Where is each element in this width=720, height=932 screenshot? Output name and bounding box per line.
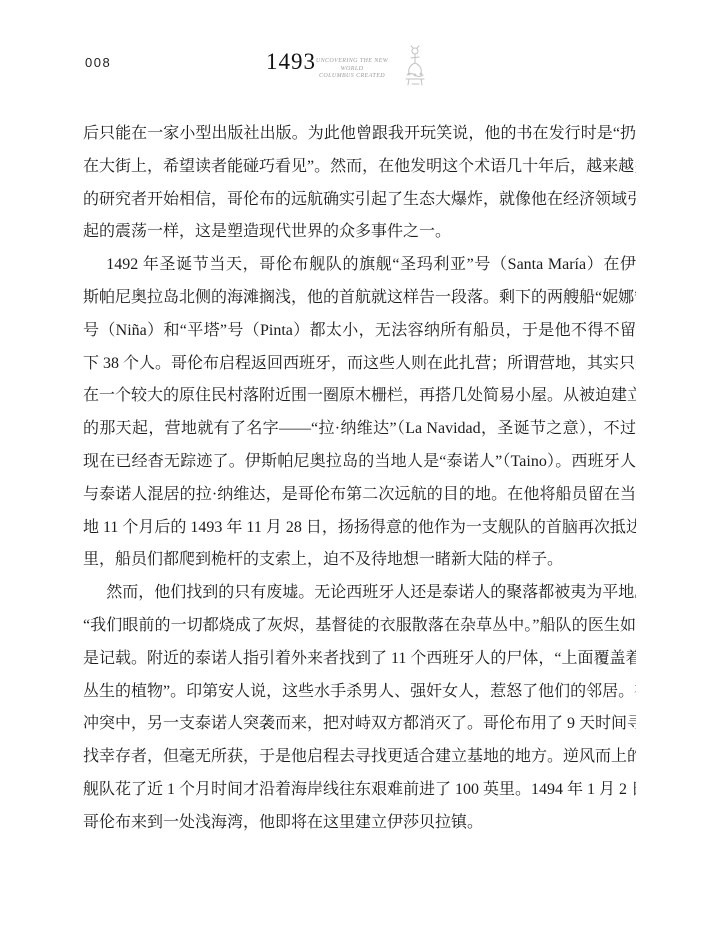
text-line: 在一个较大的原住民村落附近围一圈原木栅栏，再搭几处简易小屋。从被迫建立 — [83, 380, 636, 413]
text-line: 里，船员们都爬到桅杆的支索上，迫不及待地想一睹新大陆的样子。 — [83, 544, 636, 577]
text-line: “我们眼前的一切都烧成了灰烬，基督徒的衣服散落在杂草丛中。”船队的医生如 — [83, 610, 636, 643]
book-subtitle-line1: Uncovering the New World — [306, 58, 398, 73]
text-line: 的那天起，营地就有了名字——“拉·纳维达”（La Navidad，圣诞节之意），… — [83, 413, 636, 446]
text-line: 哥伦布来到一处浅海湾，他即将在这里建立伊莎贝拉镇。 — [83, 807, 636, 840]
text-line: 后只能在一家小型出版社出版。为此他曾跟我开玩笑说，他的书在发行时是“扔 — [83, 118, 636, 151]
text-line: 现在已经杳无踪迹了。伊斯帕尼奥拉岛的当地人是“泰诺人”（Taino）。西班牙人 — [83, 446, 636, 479]
book-subtitle: Uncovering the New World Columbus Create… — [306, 58, 398, 81]
text-line: 冲突中，另一支泰诺人突袭而来，把对峙双方都消灭了。哥伦布用了 9 天时间寻 — [83, 708, 636, 741]
text-line: 然而，他们找到的只有废墟。无论西班牙人还是泰诺人的聚落都被夷为平地。 — [83, 577, 636, 610]
text-line: 地 11 个月后的 1493 年 11 月 28 日，扬扬得意的他作为一支舰队的… — [83, 512, 636, 545]
book-subtitle-line2: Columbus Created — [306, 73, 398, 81]
text-line: 找幸存者，但毫无所获，于是他启程去寻找更适合建立基地的地方。逆风而上的 — [83, 741, 636, 774]
publisher-crest-icon — [402, 45, 428, 87]
book-page: 008 1493 Uncovering the New World Columb… — [0, 0, 720, 932]
text-line: 与泰诺人混居的拉·纳维达，是哥伦布第二次远航的目的地。在他将船员留在当 — [83, 479, 636, 512]
text-line: 起的震荡一样，这是塑造现代世界的众多事件之一。 — [83, 216, 636, 249]
text-line: 下 38 个人。哥伦布启程返回西班牙，而这些人则在此扎营；所谓营地，其实只是 — [83, 348, 636, 381]
text-line: 丛生的植物”。印第安人说，这些水手杀男人、强奸女人，惹怒了他们的邻居。在 — [83, 676, 636, 709]
text-line: 舰队花了近 1 个月时间才沿着海岸线往东艰难前进了 100 英里。1494 年 … — [83, 774, 636, 807]
text-line: 号（Niña）和“平塔”号（Pinta）都太小，无法容纳所有船员，于是他不得不留 — [83, 315, 636, 348]
text-line: 1492 年圣诞节当天，哥伦布舰队的旗舰“圣玛利亚”号（Santa María）… — [83, 249, 636, 282]
body-text: 后只能在一家小型出版社出版。为此他曾跟我开玩笑说，他的书在发行时是“扔在大街上，… — [83, 118, 636, 840]
text-line: 的研究者开始相信，哥伦布的远航确实引起了生态大爆炸，就像他在经济领域引 — [83, 184, 636, 217]
page-number: 008 — [85, 55, 111, 70]
text-line: 斯帕尼奥拉岛北侧的海滩搁浅，他的首航就这样告一段落。剩下的两艘船“妮娜” — [83, 282, 636, 315]
text-line: 在大街上，希望读者能碰巧看见”。然而，在他发明这个术语几十年后，越来越多 — [83, 151, 636, 184]
text-line: 是记载。附近的泰诺人指引着外来者找到了 11 个西班牙人的尸体，“上面覆盖着 — [83, 643, 636, 676]
